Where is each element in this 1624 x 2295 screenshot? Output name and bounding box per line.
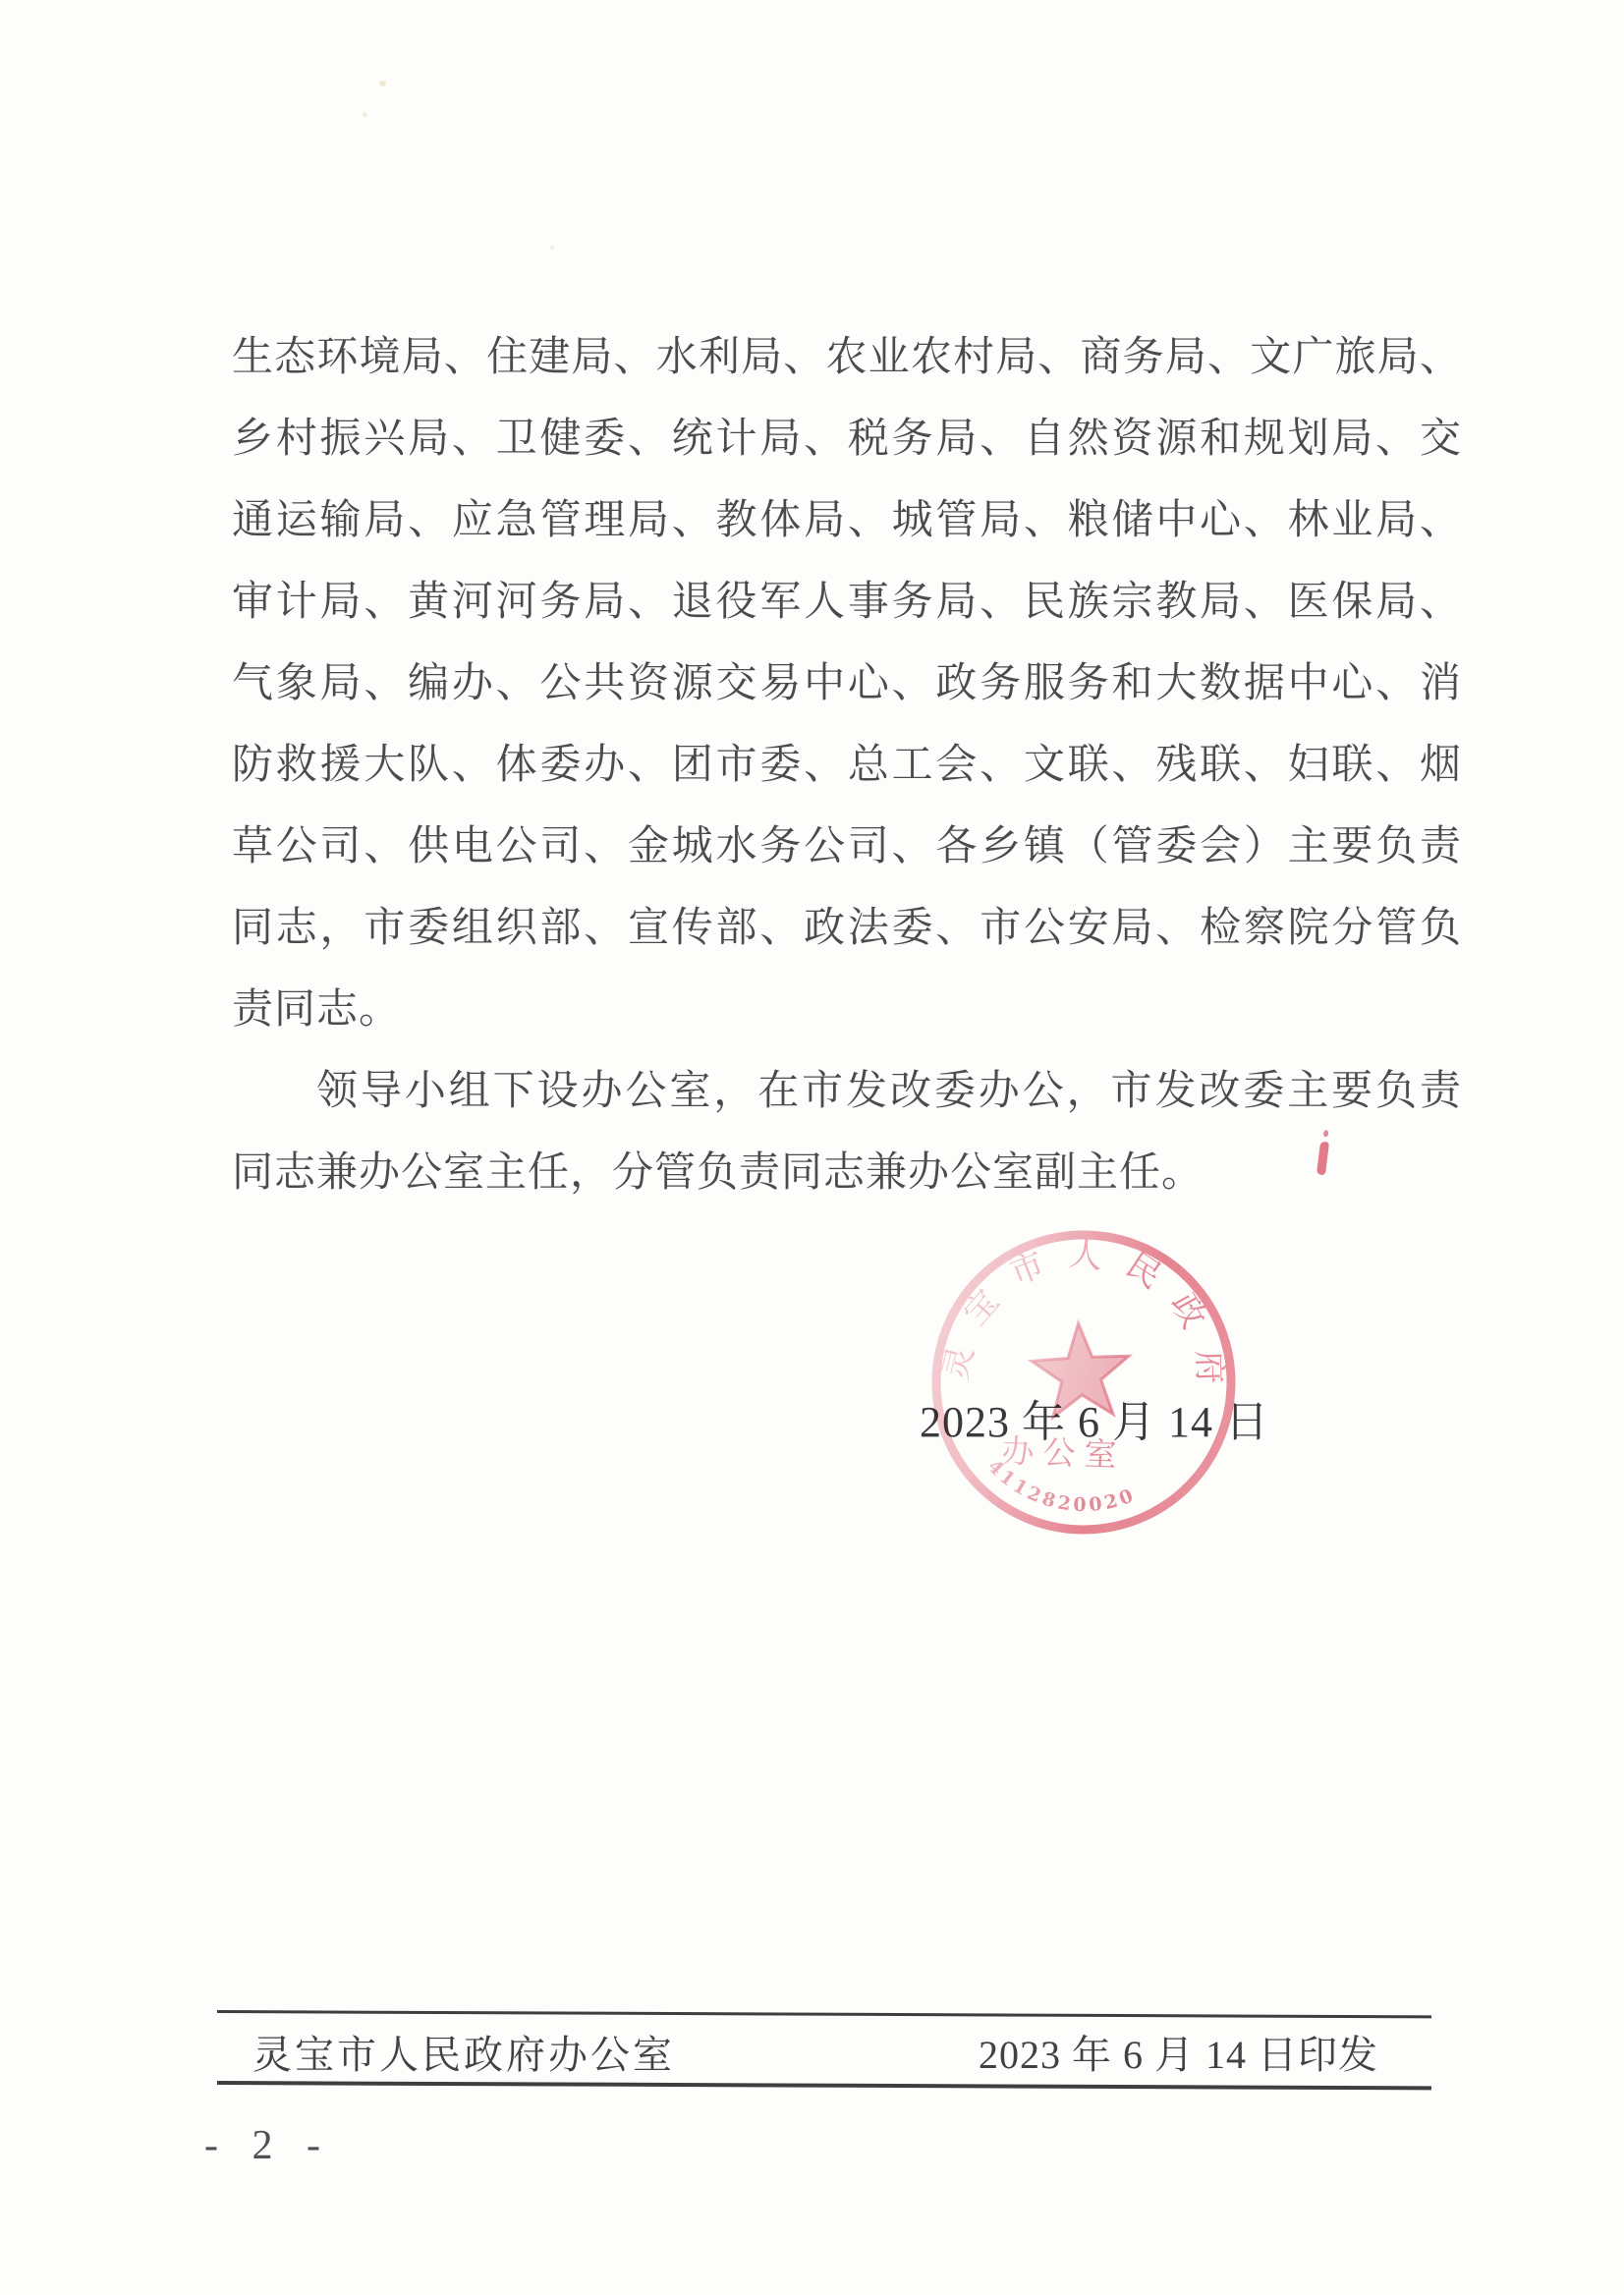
body-line-paragraph-start: 领导小组下设办公室，在市发改委办公，市发改委主要负责: [232, 1051, 1462, 1133]
seal-star: [1030, 1321, 1130, 1420]
body-line: 草公司、供电公司、金城水务公司、各乡镇（管委会）主要负责: [232, 807, 1462, 888]
page-number: - 2 -: [204, 2122, 332, 2169]
footer-row: 灵宝市人民政府办公室 2023 年 6 月 14 日印发: [217, 2026, 1431, 2077]
scan-speck: [379, 81, 386, 86]
official-seal: 灵宝市人民政府 办公室 4112820020093: [916, 1214, 1251, 1549]
body-line: 乡村振兴局、卫健委、统计局、税务局、自然资源和规划局、交: [232, 399, 1462, 480]
body-text-block: 生态环境局、住建局、水利局、农业农村局、商务局、文广旅局、 乡村振兴局、卫健委、…: [232, 317, 1462, 1214]
body-line: 气象局、编办、公共资源交易中心、政务服务和大数据中心、消: [232, 644, 1462, 725]
scan-speck: [550, 246, 554, 250]
document-page: 生态环境局、住建局、水利局、农业农村局、商务局、文广旅局、 乡村振兴局、卫健委、…: [0, 0, 1624, 2295]
body-line: 防救援大队、体委办、团市委、总工会、文联、残联、妇联、烟: [232, 725, 1462, 807]
body-line: 通运输局、应急管理局、教体局、城管局、粮储中心、林业局、: [232, 480, 1462, 562]
seal-graphic: 灵宝市人民政府 办公室 4112820020093: [916, 1214, 1251, 1549]
footer-top-rule: [217, 2010, 1431, 2018]
scan-speck: [363, 112, 367, 117]
body-line: 生态环境局、住建局、水利局、农业农村局、商务局、文广旅局、: [232, 317, 1462, 399]
body-line: 审计局、黄河河务局、退役军人事务局、民族宗教局、医保局、: [232, 562, 1462, 644]
body-line: 同志兼办公室主任，分管负责同志兼办公室副主任。: [232, 1133, 1462, 1214]
body-line: 责同志。: [232, 970, 1462, 1051]
footer-print-date: 2023 年 6 月 14 日印发: [979, 2024, 1378, 2080]
footer-issuer: 灵宝市人民政府办公室: [252, 2024, 675, 2080]
body-line: 同志，市委组织部、宣传部、政法委、市公安局、检察院分管负: [232, 888, 1462, 970]
seal-office-text: 办公室: [1001, 1433, 1126, 1474]
footer-bottom-rule: [217, 2081, 1431, 2090]
